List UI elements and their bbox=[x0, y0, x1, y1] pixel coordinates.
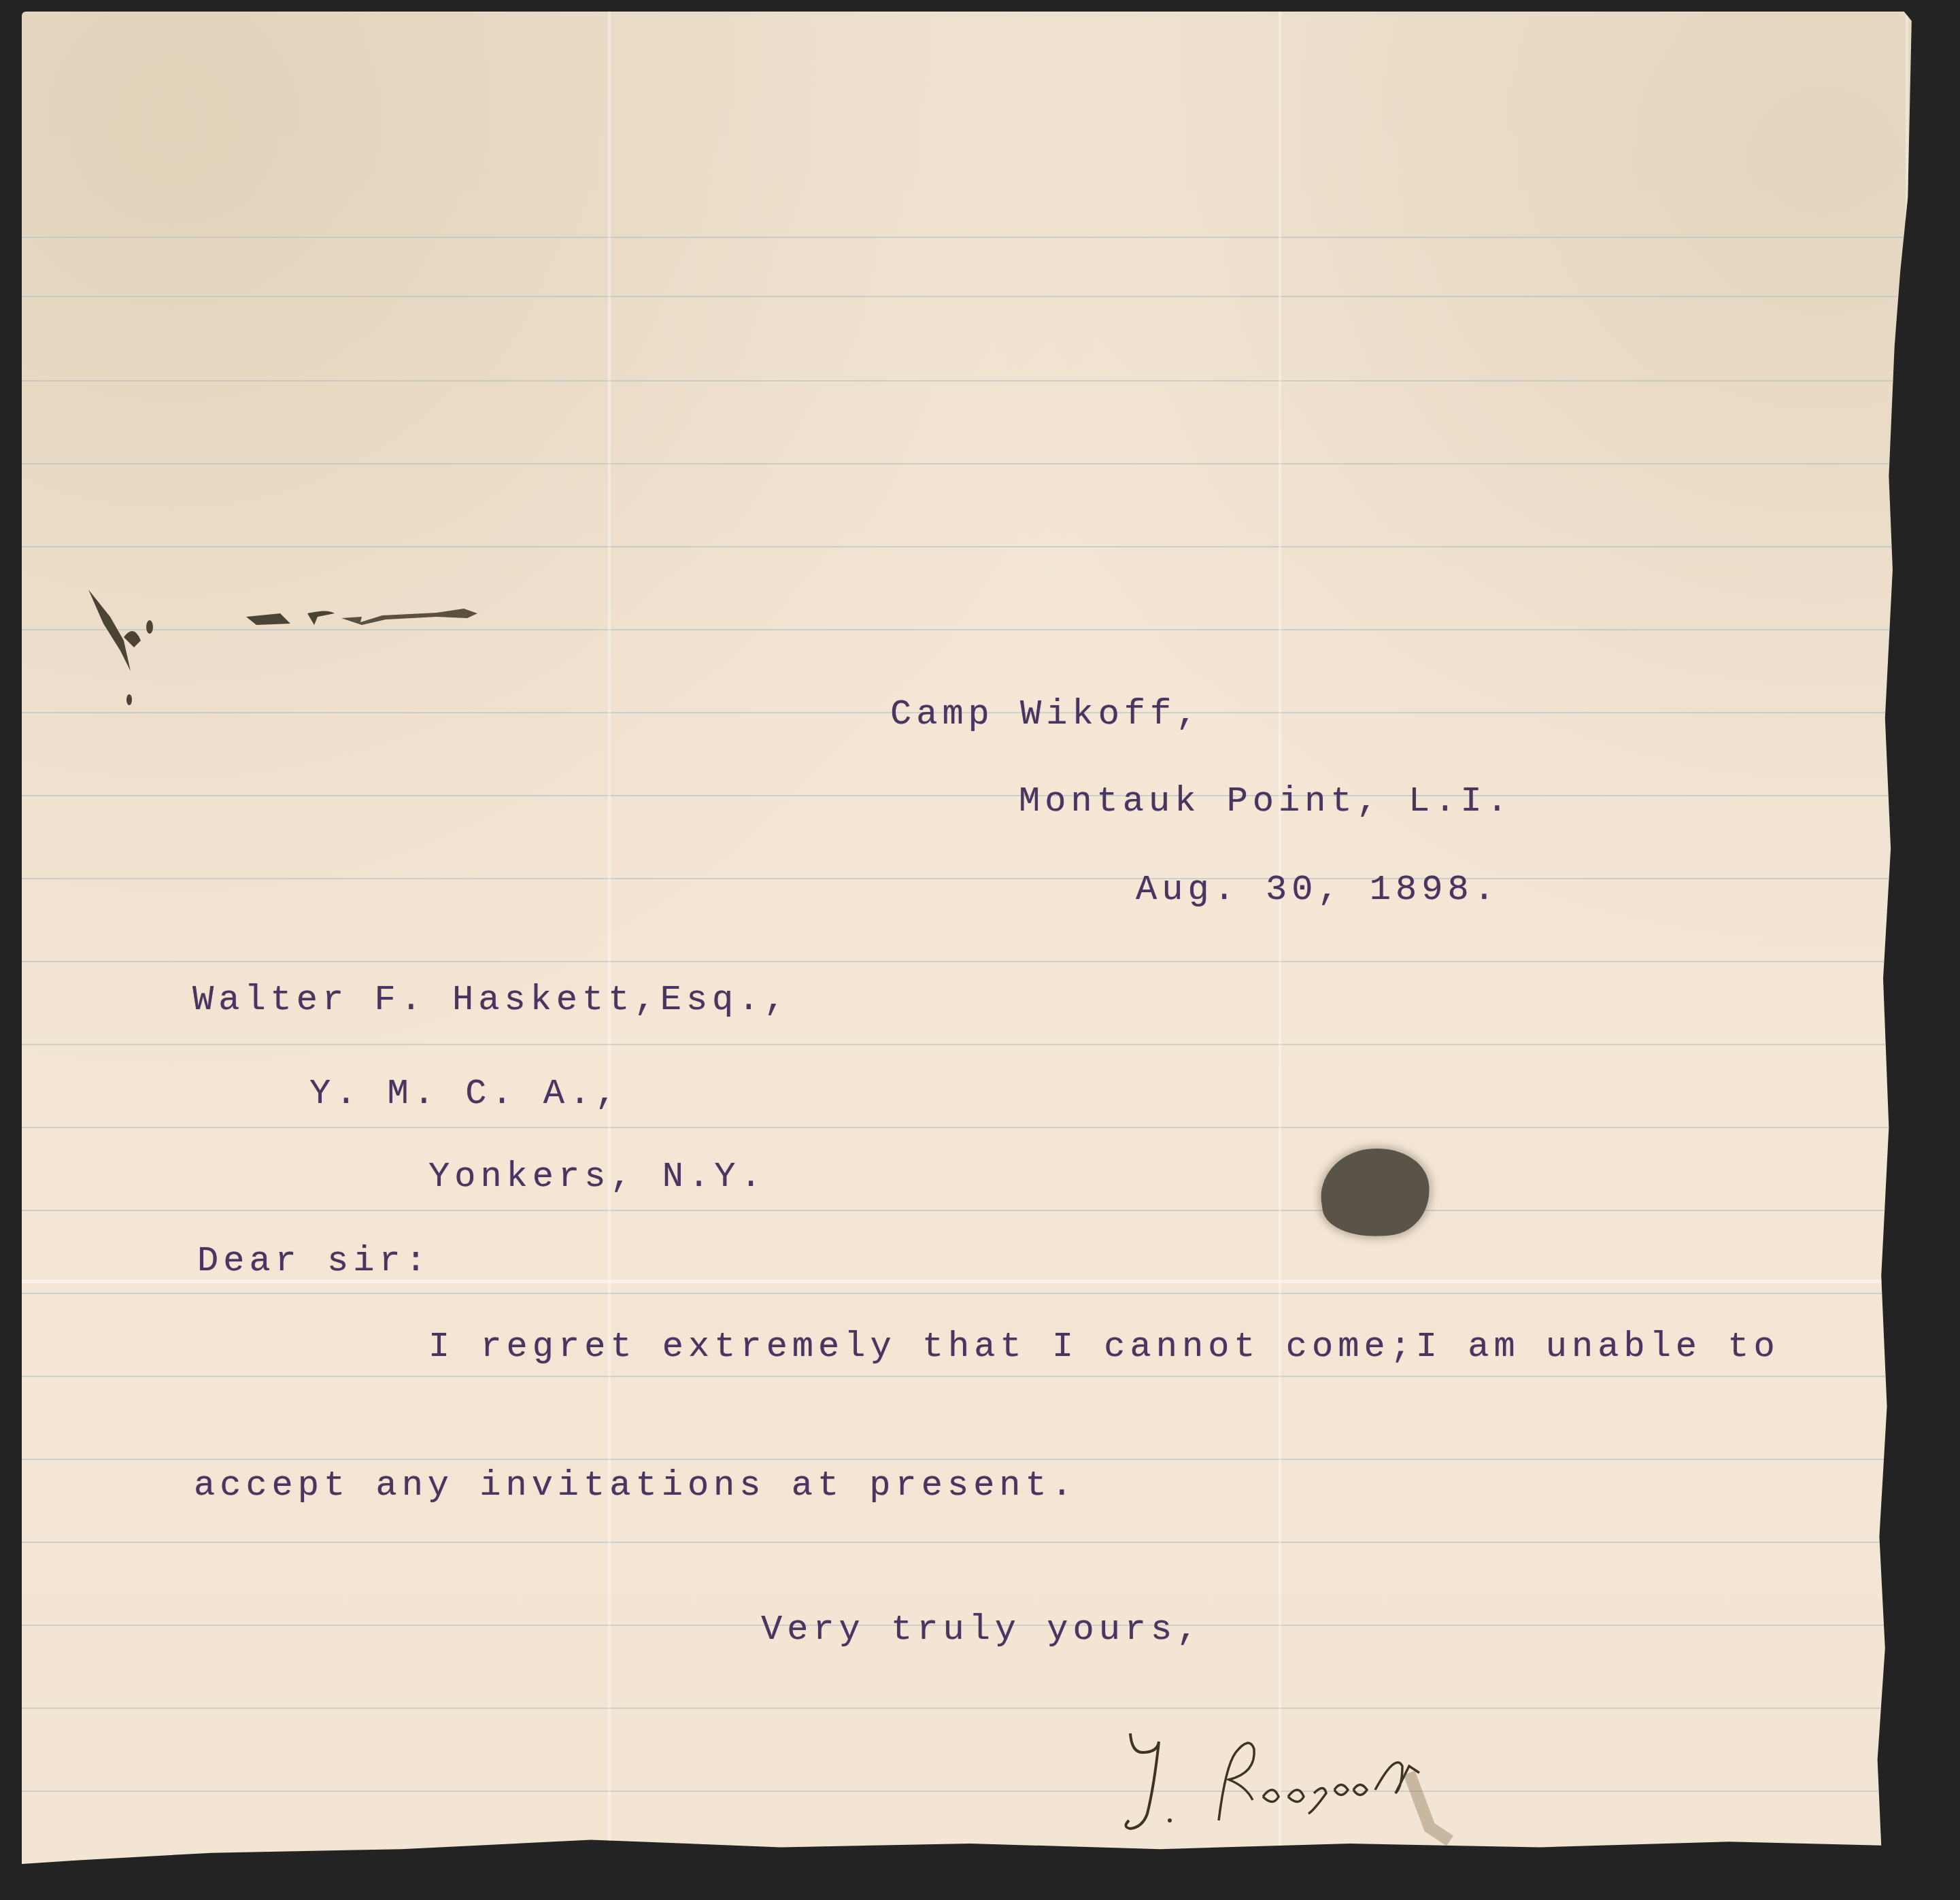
ink-stain bbox=[1315, 1141, 1436, 1244]
corner-ink-mark bbox=[132, 1856, 159, 1883]
rule-line bbox=[22, 237, 1919, 238]
rule-line bbox=[22, 1210, 1919, 1211]
rule-line bbox=[22, 1542, 1919, 1543]
rule-line bbox=[22, 463, 1919, 464]
heading-place: Montauk Point, L.I. bbox=[1019, 784, 1513, 819]
letter-paper: Camp Wikoff, Montauk Point, L.I. Aug. 30… bbox=[22, 12, 1919, 1871]
handwritten-signature: T. Roosevelt bbox=[1110, 1725, 1790, 1861]
rule-line bbox=[22, 1708, 1919, 1709]
heading-date: Aug. 30, 1898. bbox=[1136, 872, 1500, 908]
fold-line bbox=[1279, 12, 1281, 1871]
heading-location: Camp Wikoff, bbox=[890, 697, 1202, 732]
rule-line bbox=[22, 1127, 1919, 1128]
rule-line bbox=[22, 546, 1919, 547]
rule-line bbox=[22, 380, 1919, 381]
recipient-city: Yonkers, N.Y. bbox=[428, 1159, 766, 1195]
rule-line bbox=[22, 1044, 1919, 1045]
rule-line bbox=[22, 1293, 1919, 1294]
ink-blot-marks bbox=[83, 576, 573, 712]
recipient-name: Walter F. Haskett,Esq., bbox=[192, 983, 790, 1018]
rule-line bbox=[22, 961, 1919, 962]
fold-line bbox=[608, 12, 611, 1871]
rule-line bbox=[22, 1376, 1919, 1377]
rule-line bbox=[22, 1459, 1919, 1460]
closing: Very truly yours, bbox=[761, 1612, 1203, 1648]
rule-line bbox=[22, 878, 1919, 879]
salutation: Dear sir: bbox=[197, 1244, 431, 1279]
recipient-organization: Y. M. C. A., bbox=[309, 1076, 621, 1112]
rule-line bbox=[22, 296, 1919, 297]
rule-line bbox=[22, 795, 1919, 796]
body-line-1: I regret extremely that I cannot come;I … bbox=[428, 1329, 1780, 1365]
fold-line bbox=[1906, 12, 1908, 1871]
body-line-2: accept any invitations at present. bbox=[194, 1468, 1077, 1504]
